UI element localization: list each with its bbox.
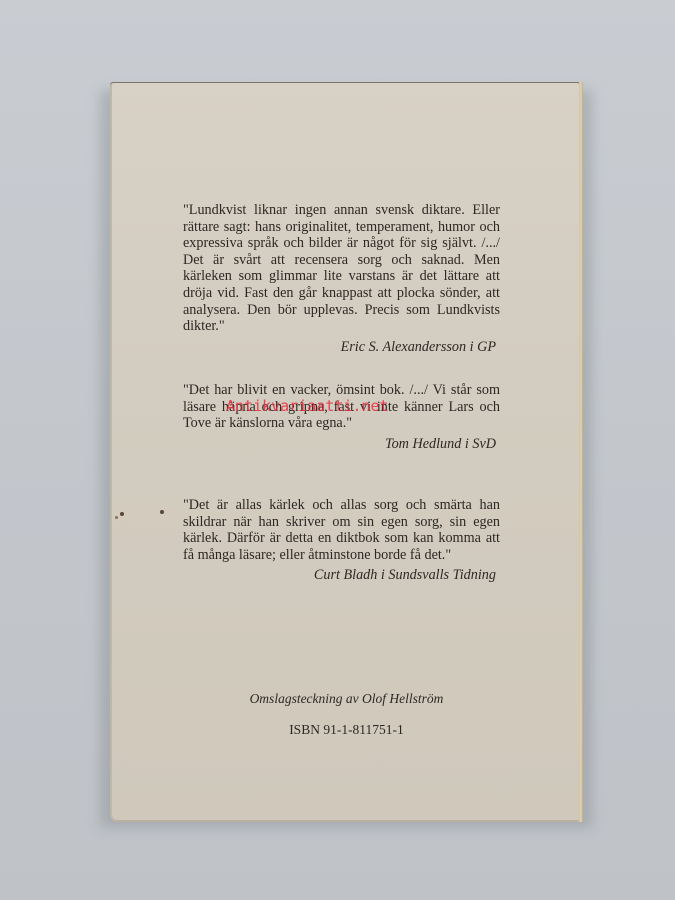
stain-spot (120, 512, 124, 516)
watermark: Antikvariaatti.net (226, 397, 389, 415)
isbn: ISBN 91-1-811751-1 (110, 722, 583, 738)
quote-text: "Lundkvist liknar ingen annan svensk dik… (183, 202, 500, 334)
quote-attribution: Eric S. Alexandersson i GP (183, 339, 500, 356)
stain-spot (115, 516, 118, 519)
book-back-cover: "Lundkvist liknar ingen annan svensk dik… (110, 82, 583, 822)
cover-illustration-credit: Omslagsteckning av Olof Hellström (110, 691, 583, 707)
quote-text: "Det är allas kärlek och allas sorg och … (183, 497, 500, 563)
review-quote-2: "Det har blivit en vacker, ömsint bok. /… (183, 382, 500, 452)
quote-attribution: Tom Hedlund i SvD (183, 436, 500, 453)
quote-attribution: Curt Bladh i Sundsvalls Tidning (183, 567, 500, 584)
review-quote-1: "Lundkvist liknar ingen annan svensk dik… (183, 202, 500, 355)
review-quote-3: "Det är allas kärlek och allas sorg och … (183, 497, 500, 584)
stain-spot (160, 510, 164, 514)
page-edge (579, 82, 583, 822)
